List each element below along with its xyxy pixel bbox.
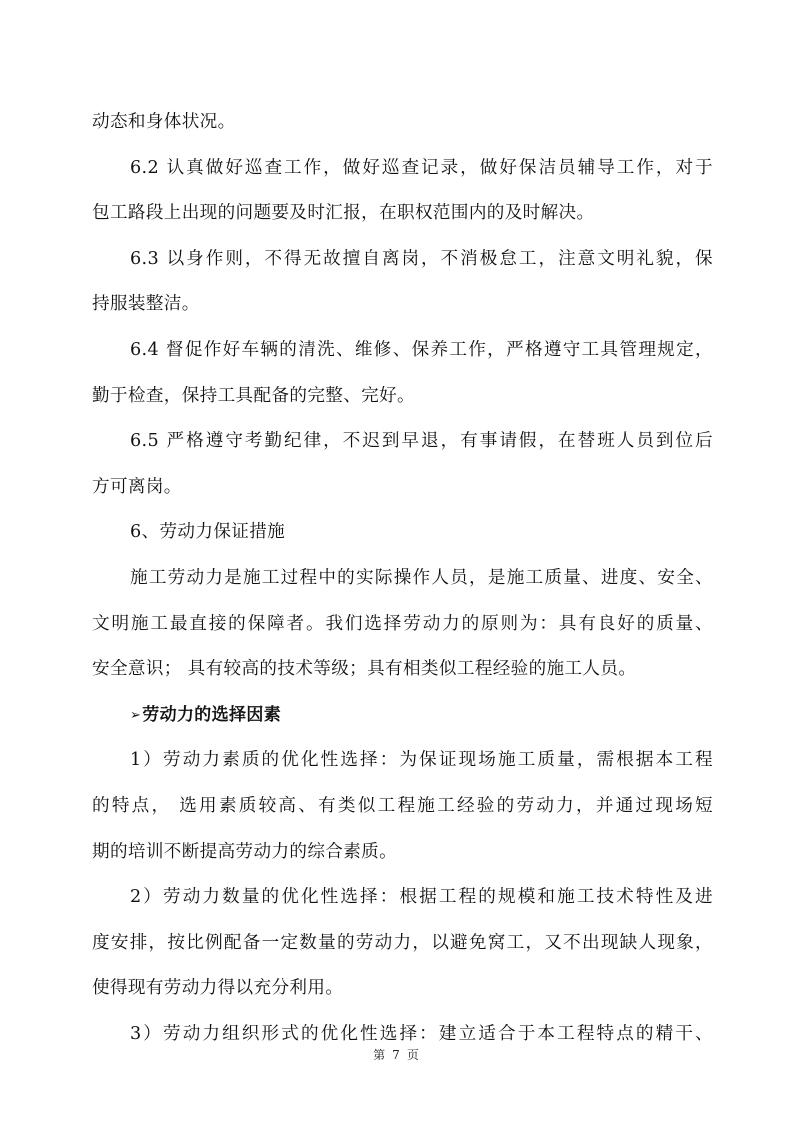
text-line: 度安排，按比例配备一定数量的劳动力，以避免窝工，又不出现缺人现象， xyxy=(92,921,713,967)
text-line: 6.2 认真做好巡查工作，做好巡查记录，做好保洁员辅导工作，对于 xyxy=(92,146,713,192)
text-line: 安全意识； 具有较高的技术等级；具有相类似工程经验的施工人员。 xyxy=(92,647,713,693)
text-line: 1）劳动力素质的优化性选择：为保证现场施工质量，需根据本工程 xyxy=(92,738,713,784)
page-prefix: 第 xyxy=(373,1048,386,1062)
text-line: 6.3 以身作则，不得无故擅自离岗，不消极怠工，注意文明礼貌，保 xyxy=(92,237,713,283)
heading-text: 劳动力的选择因素 xyxy=(142,705,281,725)
text-line: 期的培训不断提高劳动力的综合素质。 xyxy=(92,830,713,876)
section-heading: ➢劳动力的选择因素 xyxy=(92,693,713,739)
body-text-block-1: 动态和身体状况。6.2 认真做好巡查工作，做好巡查记录，做好保洁员辅导工作，对于… xyxy=(92,100,713,693)
arrow-bullet-icon: ➢ xyxy=(130,693,141,739)
text-line: 持服装整洁。 xyxy=(92,282,713,328)
text-line: 使得现有劳动力得以充分利用。 xyxy=(92,966,713,1012)
text-line: 勤于检查，保持工具配备的完整、完好。 xyxy=(92,374,713,420)
text-line: 的特点， 选用素质较高、有类似工程施工经验的劳动力，并通过现场短 xyxy=(92,784,713,830)
text-line: 包工路段上出现的问题要及时汇报，在职权范围内的及时解决。 xyxy=(92,191,713,237)
text-line: 文明施工最直接的保障者。我们选择劳动力的原则为：具有良好的质量、 xyxy=(92,602,713,648)
text-line: 动态和身体状况。 xyxy=(92,100,713,146)
page-suffix: 页 xyxy=(407,1048,420,1062)
text-line: 6、劳动力保证措施 xyxy=(92,510,713,556)
document-page: 动态和身体状况。6.2 认真做好巡查工作，做好巡查记录，做好保洁员辅导工作，对于… xyxy=(92,100,713,1057)
text-line: 施工劳动力是施工过程中的实际操作人员，是施工质量、进度、安全、 xyxy=(92,556,713,602)
text-line: 2）劳动力数量的优化性选择：根据工程的规模和施工技术特性及进 xyxy=(92,875,713,921)
text-line: 6.4 督促作好车辆的清洗、维修、保养工作，严格遵守工具管理规定， xyxy=(92,328,713,374)
page-number: 7 xyxy=(392,1048,401,1062)
text-line: 6.5 严格遵守考勤纪律，不迟到早退，有事请假，在替班人员到位后 xyxy=(92,419,713,465)
text-line: 方可离岗。 xyxy=(92,465,713,511)
body-text-block-2: 1）劳动力素质的优化性选择：为保证现场施工质量，需根据本工程的特点， 选用素质较… xyxy=(92,738,713,1057)
page-footer: 第7页 xyxy=(0,1046,793,1063)
